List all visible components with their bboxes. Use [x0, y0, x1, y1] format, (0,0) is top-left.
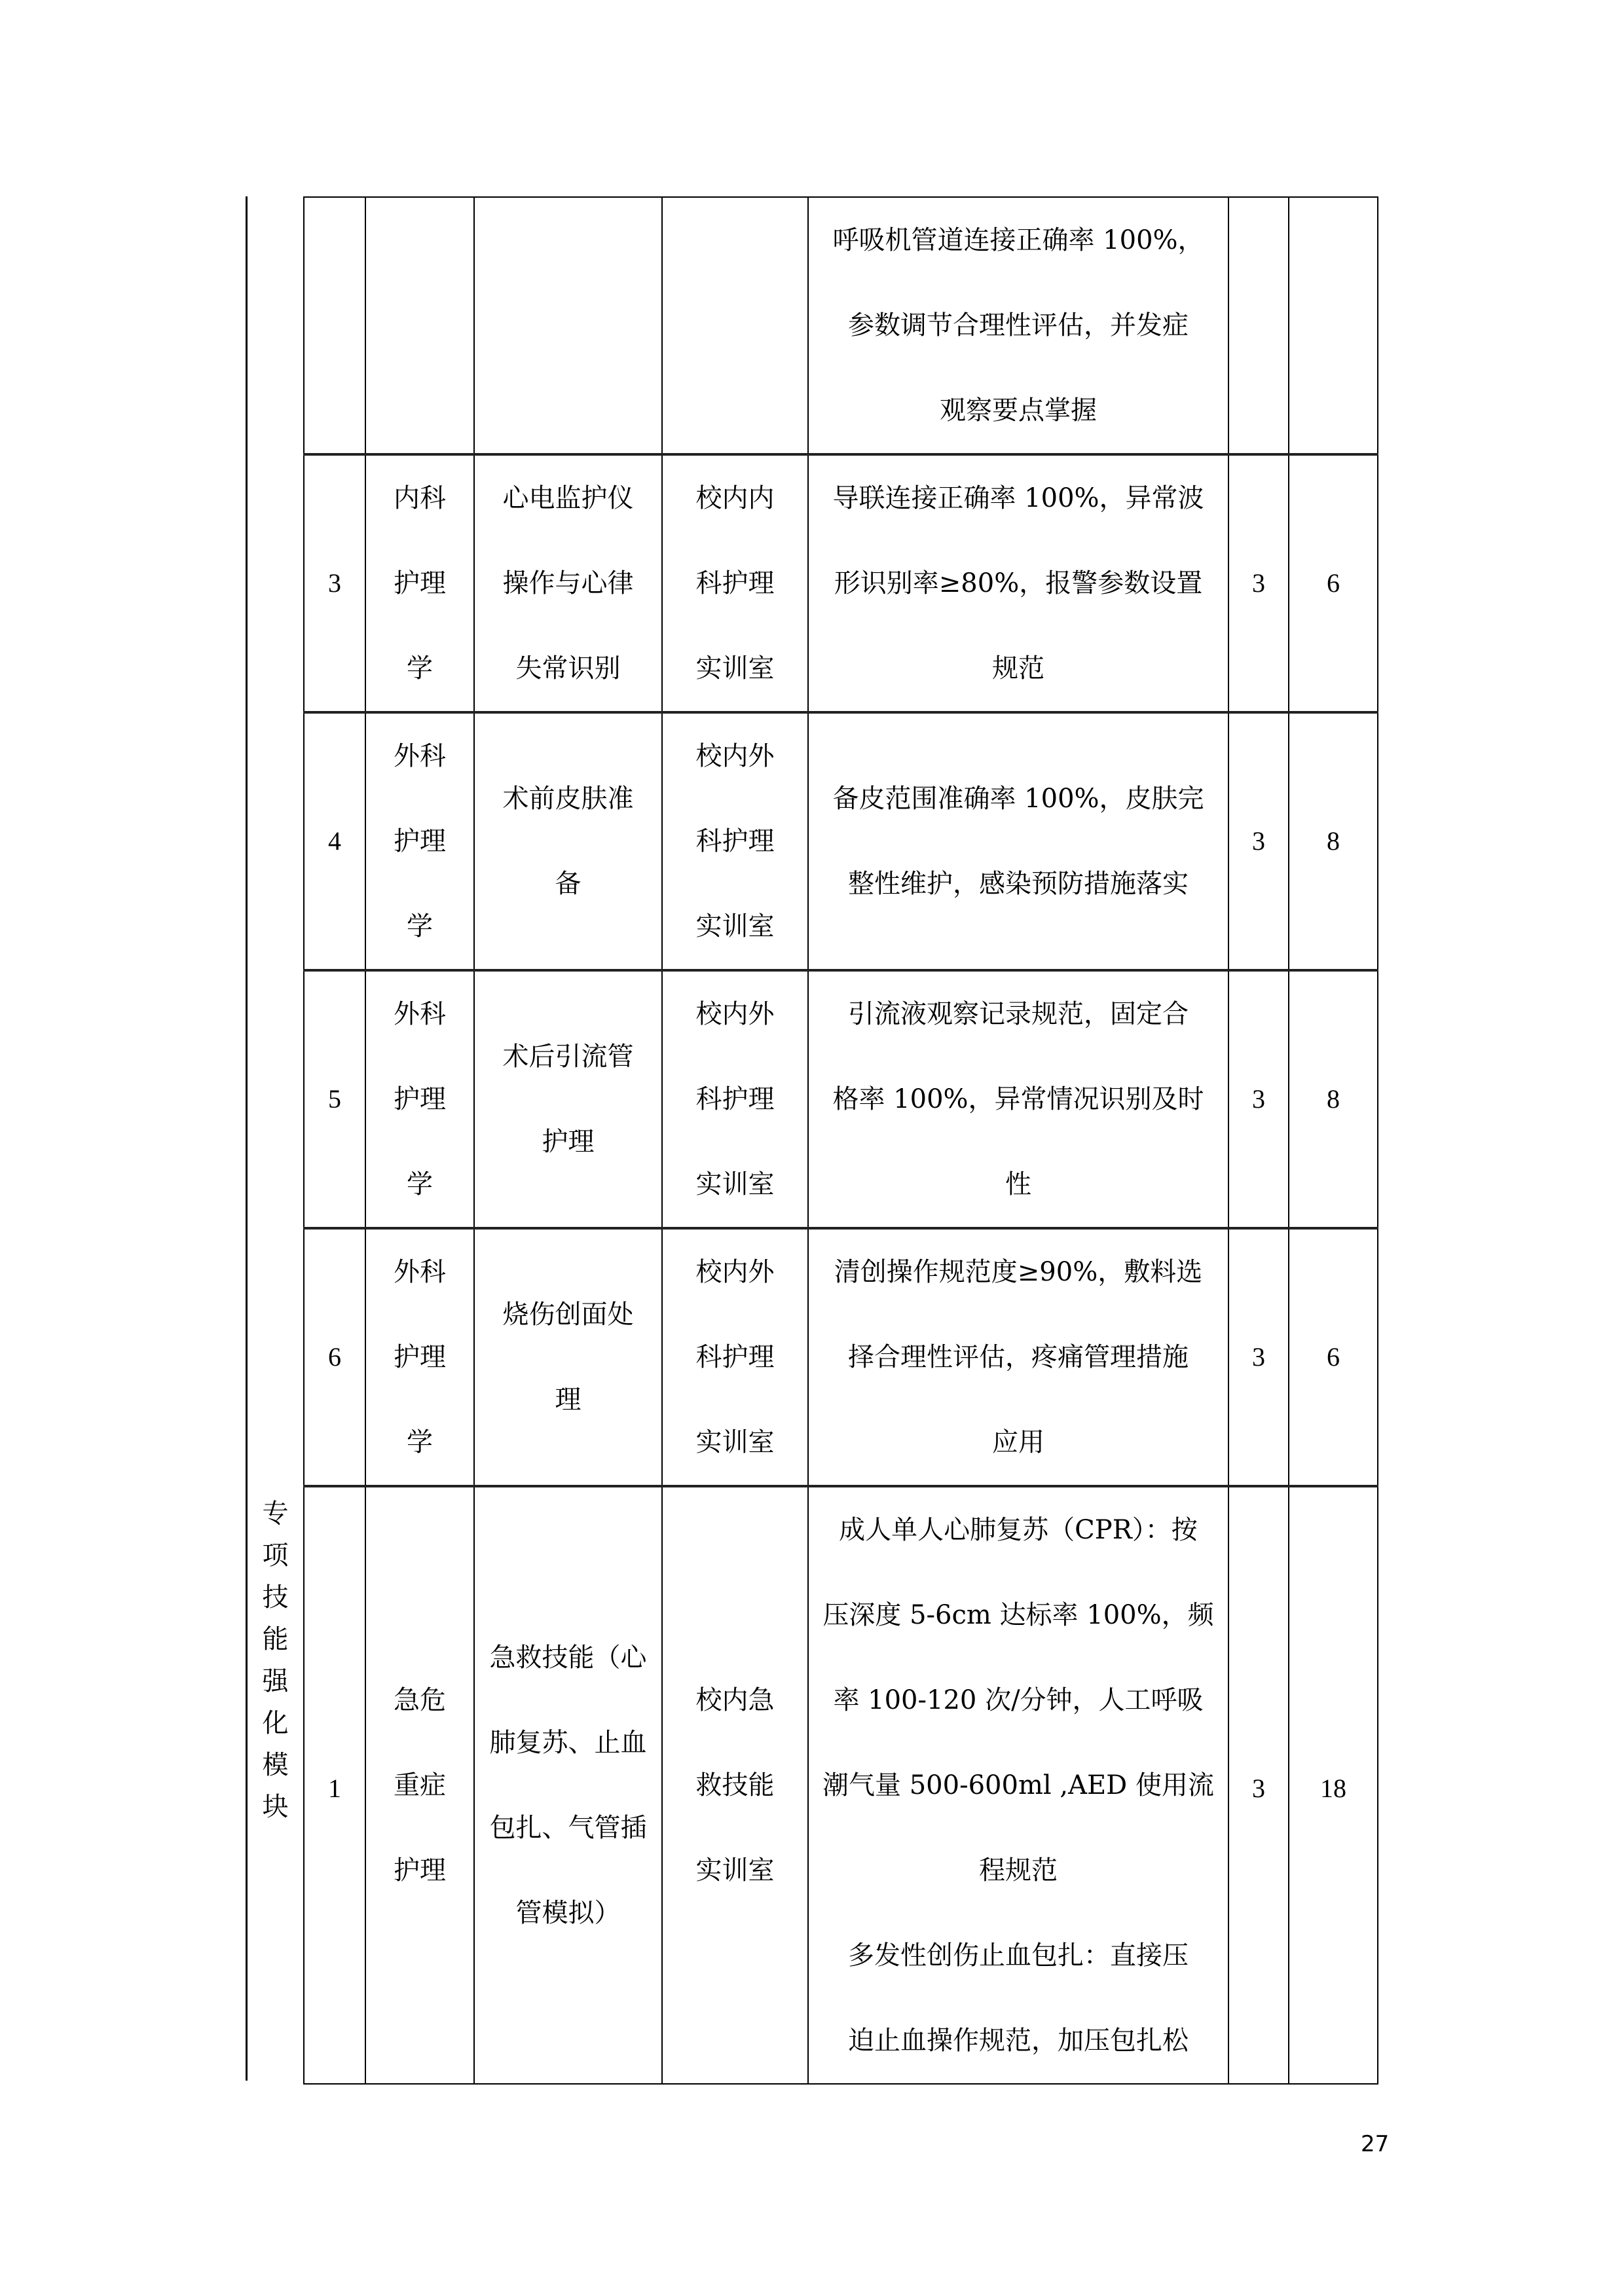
table-row: 6 外科 护理 学 烧伤创面处 理 校内外 科护理 实训室 清创操作规范度≥90…: [304, 1228, 1378, 1486]
cell-credits: 3: [1228, 1486, 1289, 2084]
cell-location: 校内外 科护理 实训室: [662, 1228, 808, 1486]
module-label-char: 块: [263, 1786, 289, 1828]
table-row: 4 外科 护理 学 术前皮肤准 备 校内外 科护理 实训室 备皮范围准确率 10…: [304, 712, 1378, 970]
cell-hours: [1289, 197, 1378, 454]
text-line: 包扎、气管插: [490, 1785, 647, 1870]
text-line: 整性维护，感染预防措施落实: [848, 841, 1189, 926]
cell-standard: 备皮范围准确率 100%，皮肤完 整性维护，感染预防措施落实: [808, 712, 1228, 970]
cell-credits: 3: [1228, 1228, 1289, 1486]
text-line: 外科: [394, 714, 446, 799]
text-line: 护理: [394, 541, 446, 626]
text-line: 救技能: [696, 1743, 775, 1828]
cell-project: 烧伤创面处 理: [474, 1228, 662, 1486]
text-line: 压深度 5-6cm 达标率 100%，频: [822, 1573, 1213, 1658]
text-line: 备皮范围准确率 100%，皮肤完: [832, 756, 1204, 841]
cell-location: 校内外 科护理 实训室: [662, 970, 808, 1228]
text-line: 校内急: [696, 1658, 775, 1743]
table-row: 5 外科 护理 学 术后引流管 护理 校内外 科护理 实训室 引流液观察记录规范…: [304, 970, 1378, 1228]
module-label-special-skills: 专 项 技 能 强 化 模 块: [248, 1493, 303, 1828]
cell-project: 心电监护仪 操作与心律 失常识别: [474, 454, 662, 712]
text-line: 潮气量 500-600ml ,AED 使用流: [822, 1743, 1214, 1828]
text-line: 术后引流管: [503, 1014, 634, 1099]
text-line: 实训室: [696, 626, 775, 711]
text-line: 程规范: [979, 1828, 1058, 1913]
cell-location: [662, 197, 808, 454]
cell-project: 术后引流管 护理: [474, 970, 662, 1228]
page-number: 27: [1361, 2131, 1389, 2157]
text-line: 择合理性评估，疼痛管理措施: [848, 1315, 1189, 1400]
text-line: 校内外: [696, 714, 775, 799]
text-line: 性: [1005, 1142, 1031, 1227]
cell-hours: 18: [1289, 1486, 1378, 2084]
cell-standard: 呼吸机管道连接正确率 100%， 参数调节合理性评估，并发症 观察要点掌握: [808, 197, 1228, 454]
cell-hours: 6: [1289, 454, 1378, 712]
text-line: 急救技能（心: [490, 1615, 647, 1700]
text-line: 学: [407, 626, 433, 711]
text-line: 导联连接正确率 100%，异常波: [832, 456, 1204, 541]
text-line: 多发性创伤止血包扎：直接压: [848, 1913, 1189, 1998]
text-line: 备: [555, 841, 581, 926]
text-line: 呼吸机管道连接正确率 100%，: [832, 198, 1204, 283]
text-line: 学: [407, 1400, 433, 1485]
text-line: 外科: [394, 972, 446, 1057]
text-line: 实训室: [696, 1400, 775, 1485]
text-line: 护理: [394, 799, 446, 884]
cell-hours: 6: [1289, 1228, 1378, 1486]
text-line: 管模拟）: [516, 1870, 621, 1956]
cell-course: 内科 护理 学: [365, 454, 474, 712]
text-line: 护理: [542, 1099, 595, 1184]
text-line: 护理: [394, 1828, 446, 1913]
text-line: 实训室: [696, 1142, 775, 1227]
cell-location: 校内内 科护理 实训室: [662, 454, 808, 712]
text-line: 术前皮肤准: [503, 756, 634, 841]
text-line: 理: [555, 1357, 581, 1442]
cell-credits: 3: [1228, 454, 1289, 712]
text-line: 学: [407, 884, 433, 969]
text-line: 观察要点掌握: [940, 368, 1097, 453]
cell-course: [365, 197, 474, 454]
text-line: 实训室: [696, 1828, 775, 1913]
cell-index: [304, 197, 365, 454]
text-line: 肺复苏、止血: [490, 1700, 647, 1785]
module-label-char: 项: [263, 1535, 289, 1576]
cell-standard: 引流液观察记录规范，固定合 格率 100%，异常情况识别及时 性: [808, 970, 1228, 1228]
module-label-char: 能: [263, 1618, 289, 1660]
cell-project: [474, 197, 662, 454]
cell-location: 校内外 科护理 实训室: [662, 712, 808, 970]
text-line: 内科: [394, 456, 446, 541]
table-row: 呼吸机管道连接正确率 100%， 参数调节合理性评估，并发症 观察要点掌握: [304, 197, 1378, 454]
text-line: 科护理: [696, 799, 775, 884]
table-row: 1 急危 重症 护理 急救技能（心 肺复苏、止血 包扎、气管插 管模拟） 校内急…: [304, 1486, 1378, 2084]
text-line: 科护理: [696, 1057, 775, 1142]
text-line: 率 100-120 次/分钟，人工呼吸: [833, 1658, 1203, 1743]
module-label-char: 技: [263, 1576, 289, 1618]
module-label-char: 化: [263, 1702, 289, 1744]
text-line: 失常识别: [516, 626, 621, 711]
module-label-char: 强: [263, 1660, 289, 1702]
cell-project: 术前皮肤准 备: [474, 712, 662, 970]
text-line: 校内外: [696, 1230, 775, 1315]
text-line: 重症: [394, 1743, 446, 1828]
training-projects-table: 呼吸机管道连接正确率 100%， 参数调节合理性评估，并发症 观察要点掌握 3 …: [303, 196, 1378, 2085]
text-line: 清创操作规范度≥90%，敷料选: [834, 1230, 1202, 1315]
text-line: 校内外: [696, 972, 775, 1057]
cell-standard: 导联连接正确率 100%，异常波 形识别率≥80%，报警参数设置 规范: [808, 454, 1228, 712]
text-line: 3: [1229, 1762, 1288, 1808]
cell-standard: 成人单人心肺复苏（CPR）：按 压深度 5-6cm 达标率 100%，频 率 1…: [808, 1486, 1228, 2084]
text-line: 校内内: [696, 456, 775, 541]
text-line: 成人单人心肺复苏（CPR）：按: [839, 1487, 1198, 1573]
cell-credits: 3: [1228, 712, 1289, 970]
text-line: 应用: [992, 1400, 1044, 1485]
text-line: 护理: [394, 1315, 446, 1400]
text-line: 操作与心律: [503, 541, 634, 626]
cell-credits: 3: [1228, 970, 1289, 1228]
cell-index: 6: [304, 1228, 365, 1486]
text-line: 烧伤创面处: [503, 1272, 634, 1357]
text-line: 18: [1289, 1762, 1377, 1808]
text-line: 迫止血操作规范，加压包扎松: [848, 1998, 1189, 2083]
cell-credits: [1228, 197, 1289, 454]
cell-project: 急救技能（心 肺复苏、止血 包扎、气管插 管模拟）: [474, 1486, 662, 2084]
text-line: 护理: [394, 1057, 446, 1142]
text-line: 科护理: [696, 541, 775, 626]
cell-index: 1: [304, 1486, 365, 2084]
text-line: 急危: [394, 1658, 446, 1743]
cell-course: 外科 护理 学: [365, 970, 474, 1228]
text-line: 心电监护仪: [503, 456, 634, 541]
text-line: 引流液观察记录规范，固定合: [848, 972, 1189, 1057]
module-label-char: 模: [263, 1744, 289, 1786]
text-line: 学: [407, 1142, 433, 1227]
table-row: 3 内科 护理 学 心电监护仪 操作与心律 失常识别 校内内 科护理 实训室: [304, 454, 1378, 712]
text-line: 规范: [992, 626, 1044, 711]
text-line: 实训室: [696, 884, 775, 969]
text-line: 科护理: [696, 1315, 775, 1400]
text-line: 外科: [394, 1230, 446, 1315]
text-line: 参数调节合理性评估，并发症: [848, 283, 1189, 368]
cell-location: 校内急 救技能 实训室: [662, 1486, 808, 2084]
module-label-char: 专: [263, 1493, 289, 1535]
cell-course: 外科 护理 学: [365, 1228, 474, 1486]
text-line: 形识别率≥80%，报警参数设置: [834, 541, 1202, 626]
cell-index: 5: [304, 970, 365, 1228]
cell-course: 急危 重症 护理: [365, 1486, 474, 2084]
cell-course: 外科 护理 学: [365, 712, 474, 970]
text-line: 1: [304, 1762, 365, 1808]
text-line: 格率 100%，异常情况识别及时: [832, 1057, 1204, 1142]
cell-standard: 清创操作规范度≥90%，敷料选 择合理性评估，疼痛管理措施 应用: [808, 1228, 1228, 1486]
cell-hours: 8: [1289, 712, 1378, 970]
cell-hours: 8: [1289, 970, 1378, 1228]
cell-index: 3: [304, 454, 365, 712]
cell-index: 4: [304, 712, 365, 970]
